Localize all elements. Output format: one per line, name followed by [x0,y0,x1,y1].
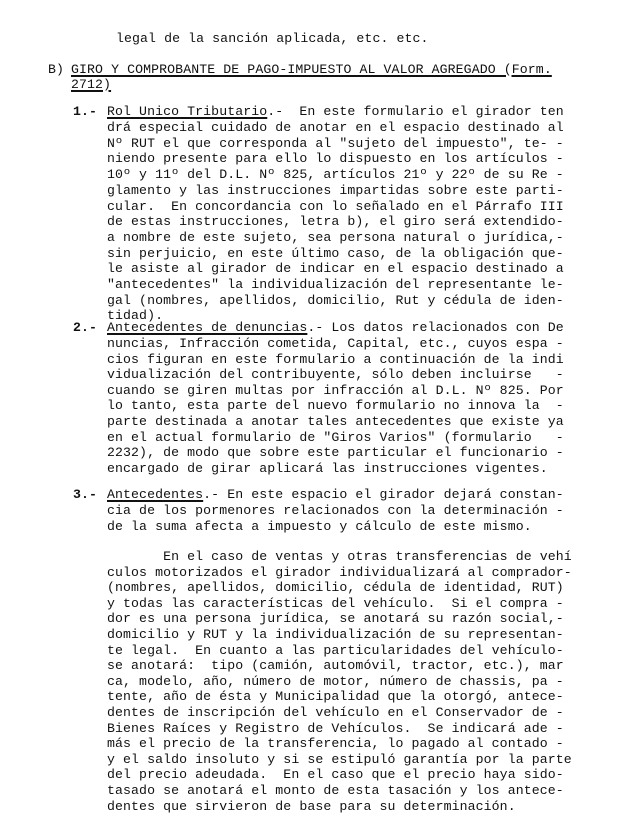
item-3-first-line: Antecedentes.- En este espacio el girado… [107,486,564,503]
item-3-number: 3.- [73,486,97,503]
text-line: del precio adeudada. En el caso que el p… [107,766,564,783]
item-1-heading-suffix: .- En este formulario el girador ten [267,104,564,119]
text-line: Bienes Raíces y Registro de Vehículos. S… [107,720,564,737]
text-line: drá especial cuidado de anotar en el esp… [107,119,564,136]
text-line: a nombre de este sujeto, sea persona nat… [107,229,564,246]
text-line: cular. En concordancia con lo señalado e… [107,198,564,215]
text-line: encargado de girar aplicará las instrucc… [107,460,548,477]
text-line: más el precio de la transferencia, lo pa… [107,735,564,752]
text-line: tasado se anotará el monto de esta tasac… [107,782,564,799]
text-line: ca, modelo, año, número de motor, número… [107,673,564,690]
text-line: 2232), de modo que sobre este particular… [107,444,564,461]
text-line: niendo presente para ello lo dispuesto e… [107,150,564,167]
text-line: le asiste al girador de indicar en el es… [107,260,564,277]
text-line: cuando se giren multas por infracción al… [107,382,564,399]
text-line: se anotará: tipo (camión, automóvil, tra… [107,657,564,674]
text-line: "antecedentes" la individualización del … [107,276,564,293]
text-line: dentes que sirvieron de base para su det… [107,798,516,815]
text-line: domicilio y RUT y la individualización d… [107,626,564,643]
section-b-label: B) [48,61,64,78]
text-line: lo tanto, esta parte del nuevo formulari… [107,397,564,414]
text-line: dor es una persona jurídica, se anotará … [107,610,564,627]
text-line: cia de los pormenores relacionados con l… [107,502,564,519]
text-line: dentes de inscripción del vehículo en el… [107,704,564,721]
item-3-heading: Antecedentes [107,487,203,502]
text-line: parte destinada a anotar tales anteceden… [107,413,564,430]
text-line: Nº RUT el que corresponda al "sujeto del… [107,135,564,152]
text-line: tente, año de ésta y Municipalidad que l… [107,688,564,705]
text-line: vidualización del contribuyente, sólo de… [107,366,564,383]
continuation-line: legal de la sanción aplicada, etc. etc. [116,30,429,47]
text-line: 10º y 11º del D.L. Nº 825, artículos 21º… [107,166,564,183]
text-line: te legal. En cuanto a las particularidad… [107,642,564,659]
text-line: cios figuran en este formulario a contin… [107,351,564,368]
text-line: gal (nombres, apellidos, domicilio, Rut … [107,292,564,309]
text-line: de la suma afecta a impuesto y cálculo d… [107,518,532,535]
section-b-title: GIRO Y COMPROBANTE DE PAGO-IMPUESTO AL V… [71,61,552,78]
text-line: nuncias, Infracción cometida, Capital, e… [107,335,564,352]
text-line: y el saldo insoluto y si se estipuló gar… [107,751,572,768]
text-line: (nombres, apellidos, domicilio, cédula d… [107,579,564,596]
item-2-heading-suffix: .- Los datos relacionados con De [307,320,563,335]
item-2-heading: Antecedentes de denuncias [107,320,307,335]
text-line: culos motorizados el girador individuali… [107,564,572,581]
text-line: glamento y las instrucciones impartidas … [107,182,564,199]
text-line: en el actual formulario de "Giros Varios… [107,429,564,446]
item-3-heading-suffix: .- En este espacio el girador dejará con… [203,487,564,502]
text-line: y todas las características del vehículo… [107,595,564,612]
item-2-first-line: Antecedentes de denuncias.- Los datos re… [107,319,564,336]
item-1-heading: Rol Unico Tributario [107,104,267,119]
text-line: de estas instrucciones, letra b), el gir… [107,213,564,230]
text-line: En el caso de ventas y otras transferenc… [107,548,572,565]
item-1-first-line: Rol Unico Tributario.- En este formulari… [107,103,564,120]
item-1-number: 1.- [73,103,97,120]
text-line: sin perjuicio, en este último caso, de l… [107,245,564,262]
section-b-title-cont: 2712) [71,76,111,93]
item-2-number: 2.- [73,319,97,336]
